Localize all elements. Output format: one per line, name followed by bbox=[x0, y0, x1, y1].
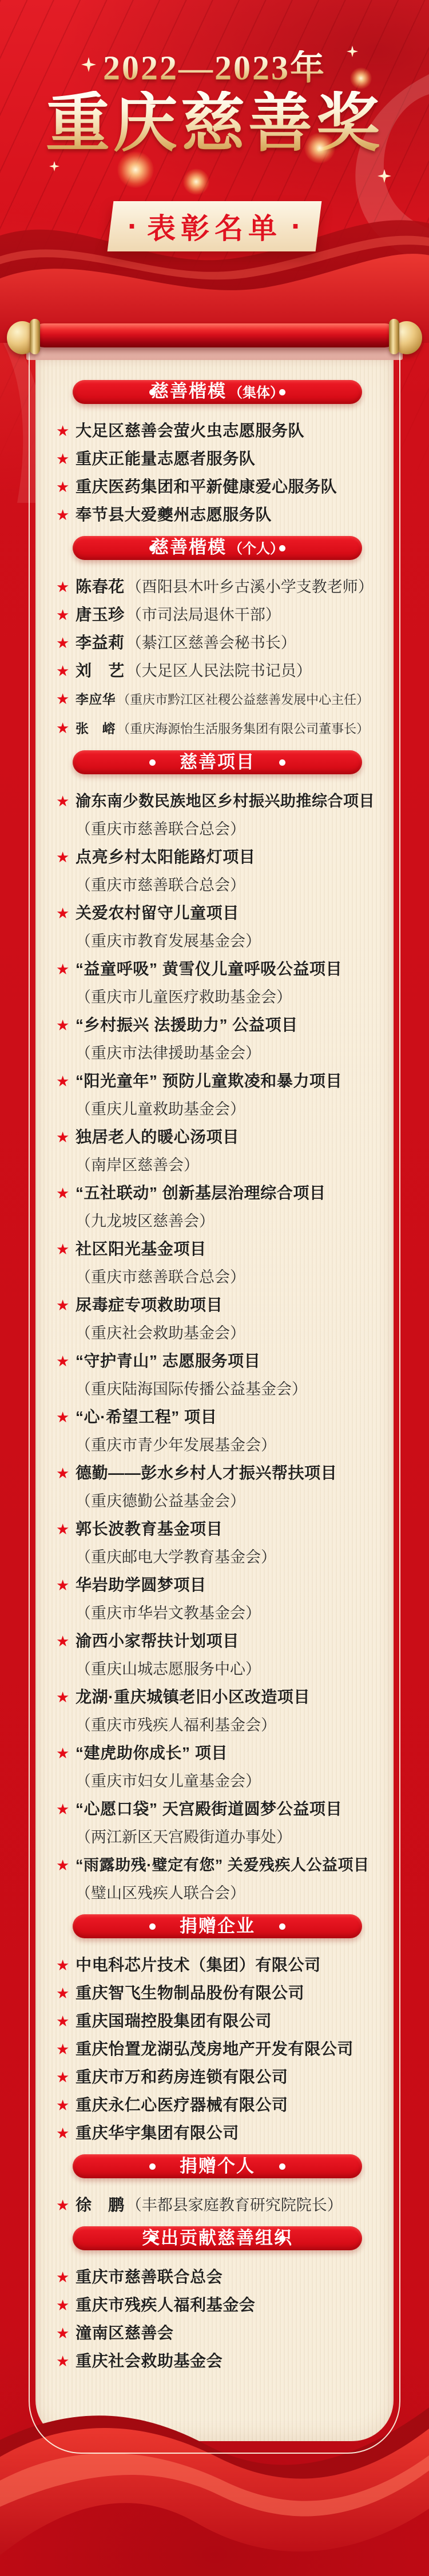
awardee-name: 唐玉珍 bbox=[76, 606, 125, 623]
star-icon: ★ bbox=[56, 634, 76, 651]
list-item-main-line: ★ 刘 艺 （大足区人民法院书记员） bbox=[56, 662, 379, 679]
section-list: ★ 陈春花 （酉阳县木叶乡古溪小学支教老师） ★ 唐玉珍 （市司法局退休干部） … bbox=[56, 578, 379, 738]
awardee-name: 重庆正能量志愿者服务队 bbox=[76, 450, 255, 467]
star-icon: ★ bbox=[56, 905, 76, 922]
list-item-main-line: ★ “心愿口袋” 天宫殿街道圆梦公益项目 bbox=[56, 1801, 379, 1818]
list-item: ★ 中电科芯片技术（集团）有限公司 bbox=[56, 1957, 379, 1974]
awardee-organization: （重庆社会救助基金会） bbox=[56, 1325, 379, 1342]
pill-dot-icon bbox=[279, 389, 285, 395]
list-item: ★ 关爱农村留守儿童项目 （重庆市教育发展基金会） bbox=[56, 905, 379, 950]
silk-ribbon-bottom-decoration bbox=[0, 2303, 429, 2576]
list-item-main-line: ★ “心·希望工程” 项目 bbox=[56, 1409, 379, 1426]
awardee-name: 重庆国瑞控股集团有限公司 bbox=[76, 2013, 272, 2030]
awardee-name: “乡村振兴 法援助力” 公益项目 bbox=[76, 1017, 298, 1034]
list-item-main-line: ★ 渝西小家帮扶计划项目 bbox=[56, 1633, 379, 1650]
award-section: 捐赠个人 ★ 徐 鹏 （丰都县家庭教育研究院院长） bbox=[56, 2154, 379, 2214]
list-item-main-line: ★ 重庆怡置龙湖弘茂房地产开发有限公司 bbox=[56, 2041, 379, 2058]
star-icon: ★ bbox=[56, 961, 76, 978]
section-title: 突出贡献慈善组织 bbox=[142, 2226, 293, 2250]
pill-dot-icon bbox=[279, 1923, 285, 1930]
list-item: ★ 李应华 （重庆市黔江区社稷公益慈善发展中心主任） bbox=[56, 690, 379, 709]
list-item-main-line: ★ “乡村振兴 法援助力” 公益项目 bbox=[56, 1017, 379, 1034]
awardee-name: 尿毒症专项救助项目 bbox=[76, 1297, 223, 1314]
pill-dot-icon bbox=[149, 2235, 156, 2242]
awardee-organization: （重庆市儿童医疗救助基金会） bbox=[56, 989, 379, 1006]
star-icon: ★ bbox=[56, 2097, 76, 2114]
pill-dot-icon bbox=[149, 545, 156, 551]
star-icon: ★ bbox=[56, 1073, 76, 1090]
award-section: 慈善楷模 （集体） ★ 大足区慈善会萤火虫志愿服务队 ★ 重庆正能量志愿者服务队… bbox=[56, 380, 379, 523]
list-item: ★ 社区阳光基金项目 （重庆市慈善联合总会） bbox=[56, 1241, 379, 1286]
awardee-note: （市司法局退休干部） bbox=[126, 606, 281, 623]
list-item-main-line: ★ 关爱农村留守儿童项目 bbox=[56, 905, 379, 922]
list-item-main-line: ★ 中电科芯片技术（集团）有限公司 bbox=[56, 1957, 379, 1974]
banner-text: 表彰名单 bbox=[147, 206, 282, 247]
section-list: ★ 渝东南少数民族地区乡村振兴助推综合项目 （重庆市慈善联合总会） ★ 点亮乡村… bbox=[56, 793, 379, 1902]
awardee-organization: （重庆市慈善联合总会） bbox=[56, 1269, 379, 1286]
list-item: ★ 龙湖·重庆城镇老旧小区改造项目 （重庆市残疾人福利基金会） bbox=[56, 1689, 379, 1734]
silk-band-decoration bbox=[0, 171, 429, 343]
pill-dot-icon bbox=[279, 759, 285, 766]
list-item: ★ 徐 鹏 （丰都县家庭教育研究院院长） bbox=[56, 2197, 379, 2214]
list-item-main-line: ★ 陈春花 （酉阳县木叶乡古溪小学支教老师） bbox=[56, 578, 379, 595]
awardee-name: 重庆怡置龙湖弘茂房地产开发有限公司 bbox=[76, 2041, 353, 2058]
list-item-main-line: ★ 奉节县大爱夔州志愿服务队 bbox=[56, 506, 379, 523]
list-item: ★ 张 嵱 （重庆海源怡生活服务集团有限公司董事长） bbox=[56, 719, 379, 738]
awardee-name: 奉节县大爱夔州志愿服务队 bbox=[76, 506, 272, 523]
list-item-main-line: ★ 大足区慈善会萤火虫志愿服务队 bbox=[56, 422, 379, 439]
title-years: 2022—2023年 bbox=[0, 50, 429, 86]
list-item-main-line: ★ “守护青山” 志愿服务项目 bbox=[56, 1353, 379, 1370]
section-title: 慈善楷模 bbox=[151, 379, 227, 403]
awardee-name: “益童呼吸” 黄雪仪儿童呼吸公益项目 bbox=[76, 961, 342, 978]
list-item: ★ 李益莉 （綦江区慈善会秘书长） bbox=[56, 634, 379, 651]
star-icon: ★ bbox=[56, 2013, 76, 2030]
list-item: ★ 渝东南少数民族地区乡村振兴助推综合项目 （重庆市慈善联合总会） bbox=[56, 793, 379, 838]
poster: 2022—2023年 重庆慈善奖 · 表彰名单 · 慈善楷模 （集体） ★ bbox=[0, 0, 429, 2576]
awardee-note: （重庆海源怡生活服务集团有限公司董事长） bbox=[117, 721, 369, 738]
awardee-name: 徐 鹏 bbox=[76, 2197, 125, 2214]
awardee-organization: （重庆市慈善联合总会） bbox=[56, 877, 379, 894]
section-header-pill: 捐赠个人 bbox=[73, 2154, 362, 2178]
section-title: 慈善项目 bbox=[180, 750, 255, 774]
list-item: ★ 陈春花 （酉阳县木叶乡古溪小学支教老师） bbox=[56, 578, 379, 595]
awardee-note: （丰都县家庭教育研究院院长） bbox=[126, 2197, 343, 2214]
star-icon: ★ bbox=[56, 1633, 76, 1650]
star-icon: ★ bbox=[56, 1985, 76, 2002]
list-item: ★ 刘 艺 （大足区人民法院书记员） bbox=[56, 662, 379, 679]
finial-ring-icon bbox=[30, 319, 40, 354]
list-item-main-line: ★ 独居老人的暖心汤项目 bbox=[56, 1129, 379, 1146]
awardee-name: “心·希望工程” 项目 bbox=[76, 1409, 217, 1426]
awardee-organization: （重庆市华岩文教基金会） bbox=[56, 1605, 379, 1622]
list-item-main-line: ★ 重庆国瑞控股集团有限公司 bbox=[56, 2013, 379, 2030]
awardee-note: （大足区人民法院书记员） bbox=[126, 662, 312, 679]
awardee-organization: （重庆德勤公益基金会） bbox=[56, 1493, 379, 1510]
awardee-organization: （重庆陆海国际传播公益基金会） bbox=[56, 1381, 379, 1398]
awardee-name: “五社联动” 创新基层治理综合项目 bbox=[76, 1185, 325, 1202]
section-list: ★ 大足区慈善会萤火虫志愿服务队 ★ 重庆正能量志愿者服务队 ★ 重庆医药集团和… bbox=[56, 422, 379, 523]
list-item: ★ 重庆市慈善联合总会 bbox=[56, 2269, 379, 2286]
awardee-name: 渝东南少数民族地区乡村振兴助推综合项目 bbox=[76, 793, 375, 810]
awardee-organization: （重庆市青少年发展基金会） bbox=[56, 1437, 379, 1454]
awardee-name: “建虎助你成长” 项目 bbox=[76, 1745, 228, 1762]
star-icon: ★ bbox=[56, 2069, 76, 2086]
section-subtitle: （集体） bbox=[229, 381, 284, 405]
list-item: ★ 大足区慈善会萤火虫志愿服务队 bbox=[56, 422, 379, 439]
list-item: ★ “阳光童年” 预防儿童欺凌和暴力项目 （重庆儿童救助基金会） bbox=[56, 1073, 379, 1118]
awardee-name: 重庆华宇集团有限公司 bbox=[76, 2125, 239, 2142]
pill-dot-icon bbox=[149, 759, 156, 766]
awardee-name: 中电科芯片技术（集团）有限公司 bbox=[76, 1957, 321, 1974]
star-icon: ★ bbox=[56, 793, 76, 810]
list-item: ★ 重庆市万和药房连锁有限公司 bbox=[56, 2069, 379, 2086]
list-item-main-line: ★ 点亮乡村太阳能路灯项目 bbox=[56, 849, 379, 866]
pill-dot-icon bbox=[149, 1923, 156, 1930]
list-item: ★ 重庆华宇集团有限公司 bbox=[56, 2125, 379, 2142]
awardee-organization: （重庆市残疾人福利基金会） bbox=[56, 1717, 379, 1734]
star-icon: ★ bbox=[56, 1353, 76, 1370]
section-header-pill: 突出贡献慈善组织 bbox=[73, 2226, 362, 2250]
award-section: 慈善项目 ★ 渝东南少数民族地区乡村振兴助推综合项目 （重庆市慈善联合总会） ★… bbox=[56, 750, 379, 1902]
star-icon: ★ bbox=[56, 2125, 76, 2142]
awardee-name: 刘 艺 bbox=[76, 662, 125, 679]
pill-dot-icon bbox=[149, 389, 156, 395]
awardee-note: （綦江区慈善会秘书长） bbox=[126, 634, 296, 651]
scroll-rod bbox=[32, 323, 397, 347]
star-icon: ★ bbox=[56, 1241, 76, 1258]
list-item-main-line: ★ 郭长波教育基金项目 bbox=[56, 1521, 379, 1538]
list-item: ★ 重庆国瑞控股集团有限公司 bbox=[56, 2013, 379, 2030]
pill-dot-icon bbox=[279, 2235, 285, 2242]
star-icon: ★ bbox=[56, 1017, 76, 1034]
list-item-main-line: ★ 渝东南少数民族地区乡村振兴助推综合项目 bbox=[56, 793, 379, 810]
star-icon: ★ bbox=[56, 849, 76, 866]
star-icon: ★ bbox=[56, 1745, 76, 1762]
awardee-name: 重庆医药集团和平新健康爱心服务队 bbox=[76, 478, 337, 495]
section-header-pill: 捐赠企业 bbox=[73, 1914, 362, 1938]
scroll-paper: 慈善楷模 （集体） ★ 大足区慈善会萤火虫志愿服务队 ★ 重庆正能量志愿者服务队… bbox=[35, 350, 394, 2441]
section-header-pill: 慈善楷模 （集体） bbox=[73, 380, 362, 404]
pill-dot-icon bbox=[279, 545, 285, 551]
awardee-organization: （璧山区残疾人联合会） bbox=[56, 1885, 379, 1902]
awardee-name: 点亮乡村太阳能路灯项目 bbox=[76, 849, 255, 866]
list-item: ★ “益童呼吸” 黄雪仪儿童呼吸公益项目 （重庆市儿童医疗救助基金会） bbox=[56, 961, 379, 1006]
list-item-main-line: ★ 重庆正能量志愿者服务队 bbox=[56, 450, 379, 467]
list-item-main-line: ★ 重庆市慈善联合总会 bbox=[56, 2269, 379, 2286]
list-item-main-line: ★ 李益莉 （綦江区慈善会秘书长） bbox=[56, 634, 379, 651]
awardee-organization: （重庆山城志愿服务中心） bbox=[56, 1661, 379, 1678]
awardee-note: （重庆市黔江区社稷公益慈善发展中心主任） bbox=[117, 691, 369, 709]
finial-ring-icon bbox=[389, 319, 399, 354]
star-icon: ★ bbox=[56, 1465, 76, 1482]
list-item-main-line: ★ 重庆市万和药房连锁有限公司 bbox=[56, 2069, 379, 2086]
section-title: 捐赠个人 bbox=[180, 2154, 255, 2178]
star-icon: ★ bbox=[56, 1801, 76, 1818]
awardee-organization: （九龙坡区慈善会） bbox=[56, 1213, 379, 1230]
list-item: ★ 点亮乡村太阳能路灯项目 （重庆市慈善联合总会） bbox=[56, 849, 379, 894]
list-item: ★ “五社联动” 创新基层治理综合项目 （九龙坡区慈善会） bbox=[56, 1185, 379, 1230]
awardee-name: 重庆市慈善联合总会 bbox=[76, 2269, 223, 2286]
award-section: 捐赠企业 ★ 中电科芯片技术（集团）有限公司 ★ 重庆智飞生物制品股份有限公司 … bbox=[56, 1914, 379, 2142]
list-item-main-line: ★ 重庆华宇集团有限公司 bbox=[56, 2125, 379, 2142]
star-icon: ★ bbox=[56, 1857, 76, 1874]
sections: 慈善楷模 （集体） ★ 大足区慈善会萤火虫志愿服务队 ★ 重庆正能量志愿者服务队… bbox=[56, 380, 379, 2370]
list-item: ★ 重庆怡置龙湖弘茂房地产开发有限公司 bbox=[56, 2041, 379, 2058]
star-icon: ★ bbox=[56, 478, 76, 495]
star-icon: ★ bbox=[56, 422, 76, 439]
awardee-name: 独居老人的暖心汤项目 bbox=[76, 1129, 239, 1146]
list-item: ★ “建虎助你成长” 项目 （重庆市妇女儿童基金会） bbox=[56, 1745, 379, 1790]
section-list: ★ 徐 鹏 （丰都县家庭教育研究院院长） bbox=[56, 2197, 379, 2214]
awardee-name: 龙湖·重庆城镇老旧小区改造项目 bbox=[76, 1689, 310, 1706]
awardee-organization: （重庆市妇女儿童基金会） bbox=[56, 1773, 379, 1790]
list-item: ★ 郭长波教育基金项目 （重庆邮电大学教育基金会） bbox=[56, 1521, 379, 1566]
list-item-main-line: ★ “益童呼吸” 黄雪仪儿童呼吸公益项目 bbox=[56, 961, 379, 978]
awardee-name: “阳光童年” 预防儿童欺凌和暴力项目 bbox=[76, 1073, 342, 1090]
list-item-main-line: ★ 重庆智飞生物制品股份有限公司 bbox=[56, 1985, 379, 2002]
list-item-main-line: ★ “阳光童年” 预防儿童欺凌和暴力项目 bbox=[56, 1073, 379, 1090]
list-item-main-line: ★ “五社联动” 创新基层治理综合项目 bbox=[56, 1185, 379, 1202]
list-item: ★ 重庆医药集团和平新健康爱心服务队 bbox=[56, 478, 379, 495]
star-icon: ★ bbox=[56, 606, 76, 623]
list-item: ★ “雨露助残·璧定有您” 关爱残疾人公益项目 （璧山区残疾人联合会） bbox=[56, 1857, 379, 1902]
star-icon: ★ bbox=[56, 578, 76, 595]
awardee-organization: （两江新区天宫殿街道办事处） bbox=[56, 1829, 379, 1846]
list-item-main-line: ★ “雨露助残·璧定有您” 关爱残疾人公益项目 bbox=[56, 1857, 379, 1874]
list-item: ★ 唐玉珍 （市司法局退休干部） bbox=[56, 606, 379, 623]
awardee-name: 渝西小家帮扶计划项目 bbox=[76, 1633, 239, 1650]
list-item-main-line: ★ 李应华 （重庆市黔江区社稷公益慈善发展中心主任） bbox=[56, 690, 379, 709]
award-section: 慈善楷模 （个人） ★ 陈春花 （酉阳县木叶乡古溪小学支教老师） ★ 唐玉珍 （… bbox=[56, 536, 379, 738]
awardee-organization: （重庆儿童救助基金会） bbox=[56, 1101, 379, 1118]
pill-dot-icon bbox=[279, 2163, 285, 2170]
star-icon: ★ bbox=[56, 450, 76, 467]
awardee-name: 华岩助学圆梦项目 bbox=[76, 1577, 206, 1594]
section-list: ★ 中电科芯片技术（集团）有限公司 ★ 重庆智飞生物制品股份有限公司 ★ 重庆国… bbox=[56, 1957, 379, 2142]
list-item-main-line: ★ 德勤——彭水乡村人才振兴帮扶项目 bbox=[56, 1465, 379, 1482]
list-item: ★ 重庆正能量志愿者服务队 bbox=[56, 450, 379, 467]
star-icon: ★ bbox=[56, 1689, 76, 1706]
list-item: ★ “乡村振兴 法援助力” 公益项目 （重庆市法律援助基金会） bbox=[56, 1017, 379, 1062]
awardee-name: 重庆永仁心医疗器械有限公司 bbox=[76, 2097, 288, 2114]
pill-dot-icon bbox=[149, 2163, 156, 2170]
star-icon: ★ bbox=[56, 2269, 76, 2286]
awardee-name: “雨露助残·璧定有您” 关爱残疾人公益项目 bbox=[76, 1857, 370, 1874]
star-icon: ★ bbox=[56, 2041, 76, 2058]
list-item-main-line: ★ “建虎助你成长” 项目 bbox=[56, 1745, 379, 1762]
list-item-main-line: ★ 尿毒症专项救助项目 bbox=[56, 1297, 379, 1314]
list-item-main-line: ★ 重庆永仁心医疗器械有限公司 bbox=[56, 2097, 379, 2114]
awardee-name: 重庆市万和药房连锁有限公司 bbox=[76, 2069, 288, 2086]
title-block: 2022—2023年 重庆慈善奖 bbox=[0, 50, 429, 157]
star-icon: ★ bbox=[56, 1577, 76, 1594]
star-icon: ★ bbox=[56, 2197, 76, 2214]
list-item: ★ “心愿口袋” 天宫殿街道圆梦公益项目 （两江新区天宫殿街道办事处） bbox=[56, 1801, 379, 1846]
list-item-main-line: ★ 徐 鹏 （丰都县家庭教育研究院院长） bbox=[56, 2197, 379, 2214]
awardee-organization: （重庆市法律援助基金会） bbox=[56, 1045, 379, 1062]
list-item-main-line: ★ 社区阳光基金项目 bbox=[56, 1241, 379, 1258]
list-item: ★ 德勤——彭水乡村人才振兴帮扶项目 （重庆德勤公益基金会） bbox=[56, 1465, 379, 1510]
awardee-name: 社区阳光基金项目 bbox=[76, 1241, 206, 1258]
awardee-name: 大足区慈善会萤火虫志愿服务队 bbox=[76, 422, 304, 439]
star-icon: ★ bbox=[56, 719, 76, 737]
awardee-name: 陈春花 bbox=[76, 578, 125, 595]
awardee-name: 重庆智飞生物制品股份有限公司 bbox=[76, 1985, 304, 2002]
list-item: ★ 重庆永仁心医疗器械有限公司 bbox=[56, 2097, 379, 2114]
awardee-organization: （重庆市慈善联合总会） bbox=[56, 821, 379, 838]
list-item-main-line: ★ 张 嵱 （重庆海源怡生活服务集团有限公司董事长） bbox=[56, 719, 379, 738]
section-header-pill: 慈善项目 bbox=[73, 750, 362, 774]
list-item: ★ 华岩助学圆梦项目 （重庆市华岩文教基金会） bbox=[56, 1577, 379, 1622]
list-item: ★ “心·希望工程” 项目 （重庆市青少年发展基金会） bbox=[56, 1409, 379, 1454]
awardee-name: “守护青山” 志愿服务项目 bbox=[76, 1353, 260, 1370]
list-item-main-line: ★ 华岩助学圆梦项目 bbox=[56, 1577, 379, 1594]
star-icon: ★ bbox=[56, 1957, 76, 1974]
page-title: 重庆慈善奖 bbox=[0, 91, 429, 157]
section-title: 慈善楷模 bbox=[151, 535, 227, 559]
awardee-name: “心愿口袋” 天宫殿街道圆梦公益项目 bbox=[76, 1801, 342, 1818]
list-item: ★ “守护青山” 志愿服务项目 （重庆陆海国际传播公益基金会） bbox=[56, 1353, 379, 1398]
awardee-name: 李应华 bbox=[76, 691, 116, 708]
star-icon: ★ bbox=[56, 662, 76, 679]
awardee-organization: （重庆邮电大学教育基金会） bbox=[56, 1549, 379, 1566]
star-icon: ★ bbox=[56, 1521, 76, 1538]
star-icon: ★ bbox=[56, 1409, 76, 1426]
awardee-name: 郭长波教育基金项目 bbox=[76, 1521, 223, 1538]
awardee-organization: （南岸区慈善会） bbox=[56, 1157, 379, 1174]
list-item: ★ 渝西小家帮扶计划项目 （重庆山城志愿服务中心） bbox=[56, 1633, 379, 1678]
list-item: ★ 奉节县大爱夔州志愿服务队 bbox=[56, 506, 379, 523]
awardee-note: （酉阳县木叶乡古溪小学支教老师） bbox=[126, 578, 374, 595]
subtitle-banner: · 表彰名单 · bbox=[110, 201, 319, 251]
list-item-main-line: ★ 龙湖·重庆城镇老旧小区改造项目 bbox=[56, 1689, 379, 1706]
star-icon: ★ bbox=[56, 690, 76, 707]
star-icon: ★ bbox=[56, 1297, 76, 1314]
star-icon: ★ bbox=[56, 1185, 76, 1202]
list-item: ★ 尿毒症专项救助项目 （重庆社会救助基金会） bbox=[56, 1297, 379, 1342]
section-title: 捐赠企业 bbox=[180, 1914, 255, 1938]
section-subtitle: （个人） bbox=[229, 537, 284, 561]
star-icon: ★ bbox=[56, 506, 76, 523]
list-item-main-line: ★ 唐玉珍 （市司法局退休干部） bbox=[56, 606, 379, 623]
awardee-organization: （重庆市教育发展基金会） bbox=[56, 933, 379, 950]
list-item-main-line: ★ 重庆医药集团和平新健康爱心服务队 bbox=[56, 478, 379, 495]
list-item: ★ 独居老人的暖心汤项目 （南岸区慈善会） bbox=[56, 1129, 379, 1174]
awardee-name: 德勤——彭水乡村人才振兴帮扶项目 bbox=[76, 1465, 337, 1482]
awardee-name: 关爱农村留守儿童项目 bbox=[76, 905, 239, 922]
list-item: ★ 重庆智飞生物制品股份有限公司 bbox=[56, 1985, 379, 2002]
star-icon: ★ bbox=[56, 1129, 76, 1146]
awardee-name: 张 嵱 bbox=[76, 720, 116, 737]
section-header-pill: 慈善楷模 （个人） bbox=[73, 536, 362, 560]
awardee-name: 李益莉 bbox=[76, 634, 125, 651]
